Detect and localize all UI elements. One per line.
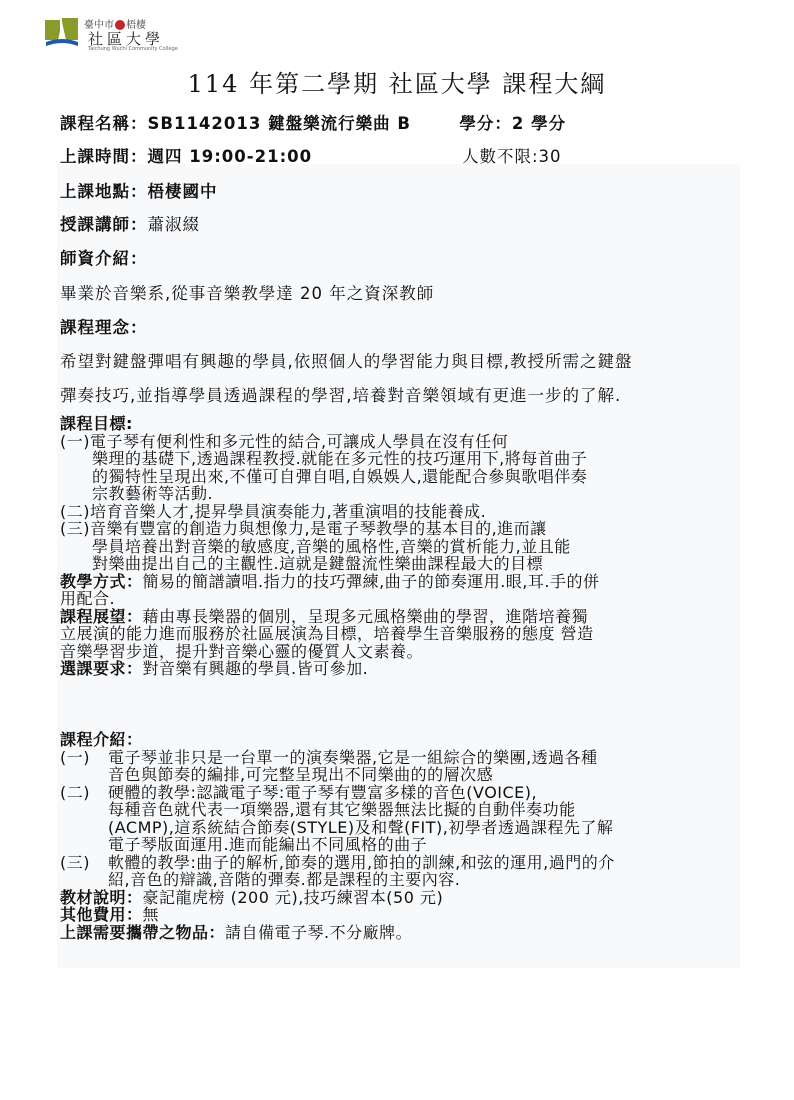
location-label: 上課地點： (60, 182, 148, 201)
other-fees-value: 無 (143, 905, 160, 924)
intro-line: 電子琴並非只是一台單一的演奏樂器,它是一組綜合的樂團,透過各種 (108, 748, 598, 767)
course-name-value: SB1142013 鍵盤樂流行樂曲 B (148, 114, 411, 133)
intro-line: (ACMP),這系統結合節奏(STYLE)及和聲(FIT),初學者透過課程先了解 (60, 819, 750, 837)
intro-item-1: (一)電子琴並非只是一台單一的演奏樂器,它是一組綜合的樂團,透過各種 (60, 749, 750, 767)
goal-line: 電子琴有便利性和多元性的結合,可讓成人學員在沒有任何 (90, 432, 508, 451)
teaching-method: 教學方式：簡易的簡譜讀唱.指力的技巧彈練,曲子的節奏運用.眼,耳.手的併 (60, 573, 750, 591)
document-title: 114 年第二學期 社區大學 課程大綱 (0, 64, 794, 99)
goal-line: 培育音樂人才,提昇學員演奏能力,著重演唱的技能養成. (90, 502, 486, 521)
philosophy-line-2: 彈奏技巧,並指導學員透過課程的學習,培養對音樂領域有更進一步的了解. (60, 382, 621, 406)
book-logo-icon (44, 16, 80, 50)
intro-line: 硬體的教學:認識電子琴:電子琴有豐富多樣的音色(VOICE), (108, 783, 537, 802)
goal-line: 樂理的基礎下,透過課程教授.就能在多元性的技巧運用下,將每首曲子 (60, 450, 750, 468)
requirement-label: 選課要求： (60, 659, 143, 678)
intro-marker: (二) (60, 784, 108, 802)
bring-value: 請自備電子琴.不分廠牌。 (225, 923, 412, 942)
other-fees: 其他費用：無 (60, 906, 750, 924)
goal-line: 宗教藝術等活動. (60, 485, 750, 503)
goal-marker: (三) (60, 519, 90, 538)
outlook-line: 音樂學習步道，提升對音樂心靈的優質人文素養。 (60, 643, 750, 661)
bio-label: 師資介紹： (60, 249, 148, 268)
teacher-row: 授課講師：蕭淑綴 (60, 211, 200, 235)
location-row: 上課地點：梧棲國中 (60, 178, 218, 202)
requirement: 選課要求：對音樂有興趣的學員.皆可參加. (60, 660, 750, 678)
outlook: 課程展望：藉由專長樂器的個別，呈現多元風格樂曲的學習，進階培養獨 (60, 608, 750, 626)
college-logo: 臺中市梧棲 社區大學 Taichung Wuchi Community Coll… (44, 14, 174, 54)
philosophy-label-row: 課程理念： (60, 314, 148, 338)
teaching-line: 簡易的簡譜讀唱.指力的技巧彈練,曲子的節奏運用.眼,耳.手的併 (143, 572, 600, 591)
materials-value: 豪記龍虎榜 (200 元),技巧練習本(50 元) (143, 888, 444, 907)
goals-section: 課程目標: (一)電子琴有便利性和多元性的結合,可讓成人學員在沒有任何 樂理的基… (60, 415, 750, 678)
teacher-value: 蕭淑綴 (148, 215, 201, 234)
intro-item-2: (二)硬體的教學:認識電子琴:電子琴有豐富多樣的音色(VOICE), (60, 784, 750, 802)
intro-marker: (三) (60, 854, 108, 872)
credit-label: 學分： (459, 114, 512, 133)
teaching-label: 教學方式： (60, 572, 143, 591)
intro-label: 課程介紹： (60, 731, 750, 749)
intro-line: 電子琴版面運用.進而能編出不同風格的曲子 (60, 836, 750, 854)
logo-sub-text: Taichung Wuchi Community College (88, 46, 178, 52)
intro-item-3: (三)軟體的教學:曲子的解析,節奏的選用,節拍的訓練,和弦的運用,過門的介 (60, 854, 750, 872)
teacher-label: 授課講師： (60, 215, 148, 234)
goal-line: 音樂有豐富的創造力與想像力,是電子琴教學的基本目的,進而讓 (90, 519, 547, 538)
credit-value: 2 學分 (512, 114, 566, 133)
goal-marker: (二) (60, 502, 90, 521)
teaching-line: 用配合. (60, 590, 750, 608)
intro-section: 課程介紹： (一)電子琴並非只是一台單一的演奏樂器,它是一組綜合的樂團,透過各種… (60, 731, 750, 941)
goals-label: 課程目標: (60, 415, 750, 433)
intro-line: 軟體的教學:曲子的解析,節奏的選用,節拍的訓練,和弦的運用,過門的介 (108, 853, 615, 872)
other-fees-label: 其他費用： (60, 905, 143, 924)
goal-line: 學員培養出對音樂的敏感度,音樂的風格性,音樂的賞析能力,並且能 (60, 538, 750, 556)
intro-line: 紹,音色的辯識,音階的彈奏.都是課程的主要內容. (60, 871, 750, 889)
bio-value: 畢業於音樂系,從事音樂教學達 20 年之資深教師 (60, 280, 434, 304)
intro-line: 音色與節奏的編排,可完整呈現出不同樂曲的的層次感 (60, 766, 750, 784)
location-value: 梧棲國中 (148, 182, 218, 201)
goal-line: 對樂曲提出自己的主觀性.這就是鍵盤流性樂曲課程最大的目標 (60, 555, 750, 573)
bring-items: 上課需要攜帶之物品：請自備電子琴.不分廠牌。 (60, 924, 750, 942)
materials-label: 教材說明： (60, 888, 143, 907)
goal-item-1: (一)電子琴有便利性和多元性的結合,可讓成人學員在沒有任何 (60, 433, 750, 451)
philosophy-line-1: 希望對鍵盤彈唱有興趣的學員,依照個人的學習能力與目標,教授所需之鍵盤 (60, 348, 633, 372)
goal-item-2: (二)培育音樂人才,提昇學員演奏能力,著重演唱的技能養成. (60, 503, 750, 521)
outlook-line: 立展演的能力進而服務於社區展演為目標，培養學生音樂服務的態度 營造 (60, 625, 750, 643)
goal-item-3: (三)音樂有豐富的創造力與想像力,是電子琴教學的基本目的,進而讓 (60, 520, 750, 538)
materials: 教材說明：豪記龍虎榜 (200 元),技巧練習本(50 元) (60, 889, 750, 907)
course-name-row: 課程名稱：SB1142013 鍵盤樂流行樂曲 B 學分：2 學分 (60, 110, 566, 134)
outlook-line: 藉由專長樂器的個別，呈現多元風格樂曲的學習，進階培養獨 (143, 607, 589, 626)
outlook-label: 課程展望： (60, 607, 143, 626)
intro-marker: (一) (60, 749, 108, 767)
goal-line: 的獨特性呈現出來,不僅可自彈自唱,自娛娛人,還能配合參與歌唱伴奏 (60, 468, 750, 486)
bio-label-row: 師資介紹： (60, 245, 148, 269)
course-name-label: 課程名稱： (60, 114, 148, 133)
requirement-value: 對音樂有興趣的學員.皆可參加. (143, 659, 369, 678)
bring-label: 上課需要攜帶之物品： (60, 923, 225, 942)
intro-line: 每種音色就代表一項樂器,還有其它樂器無法比擬的自動伴奏功能 (60, 801, 750, 819)
philosophy-label: 課程理念： (60, 318, 148, 337)
goal-marker: (一) (60, 432, 90, 451)
